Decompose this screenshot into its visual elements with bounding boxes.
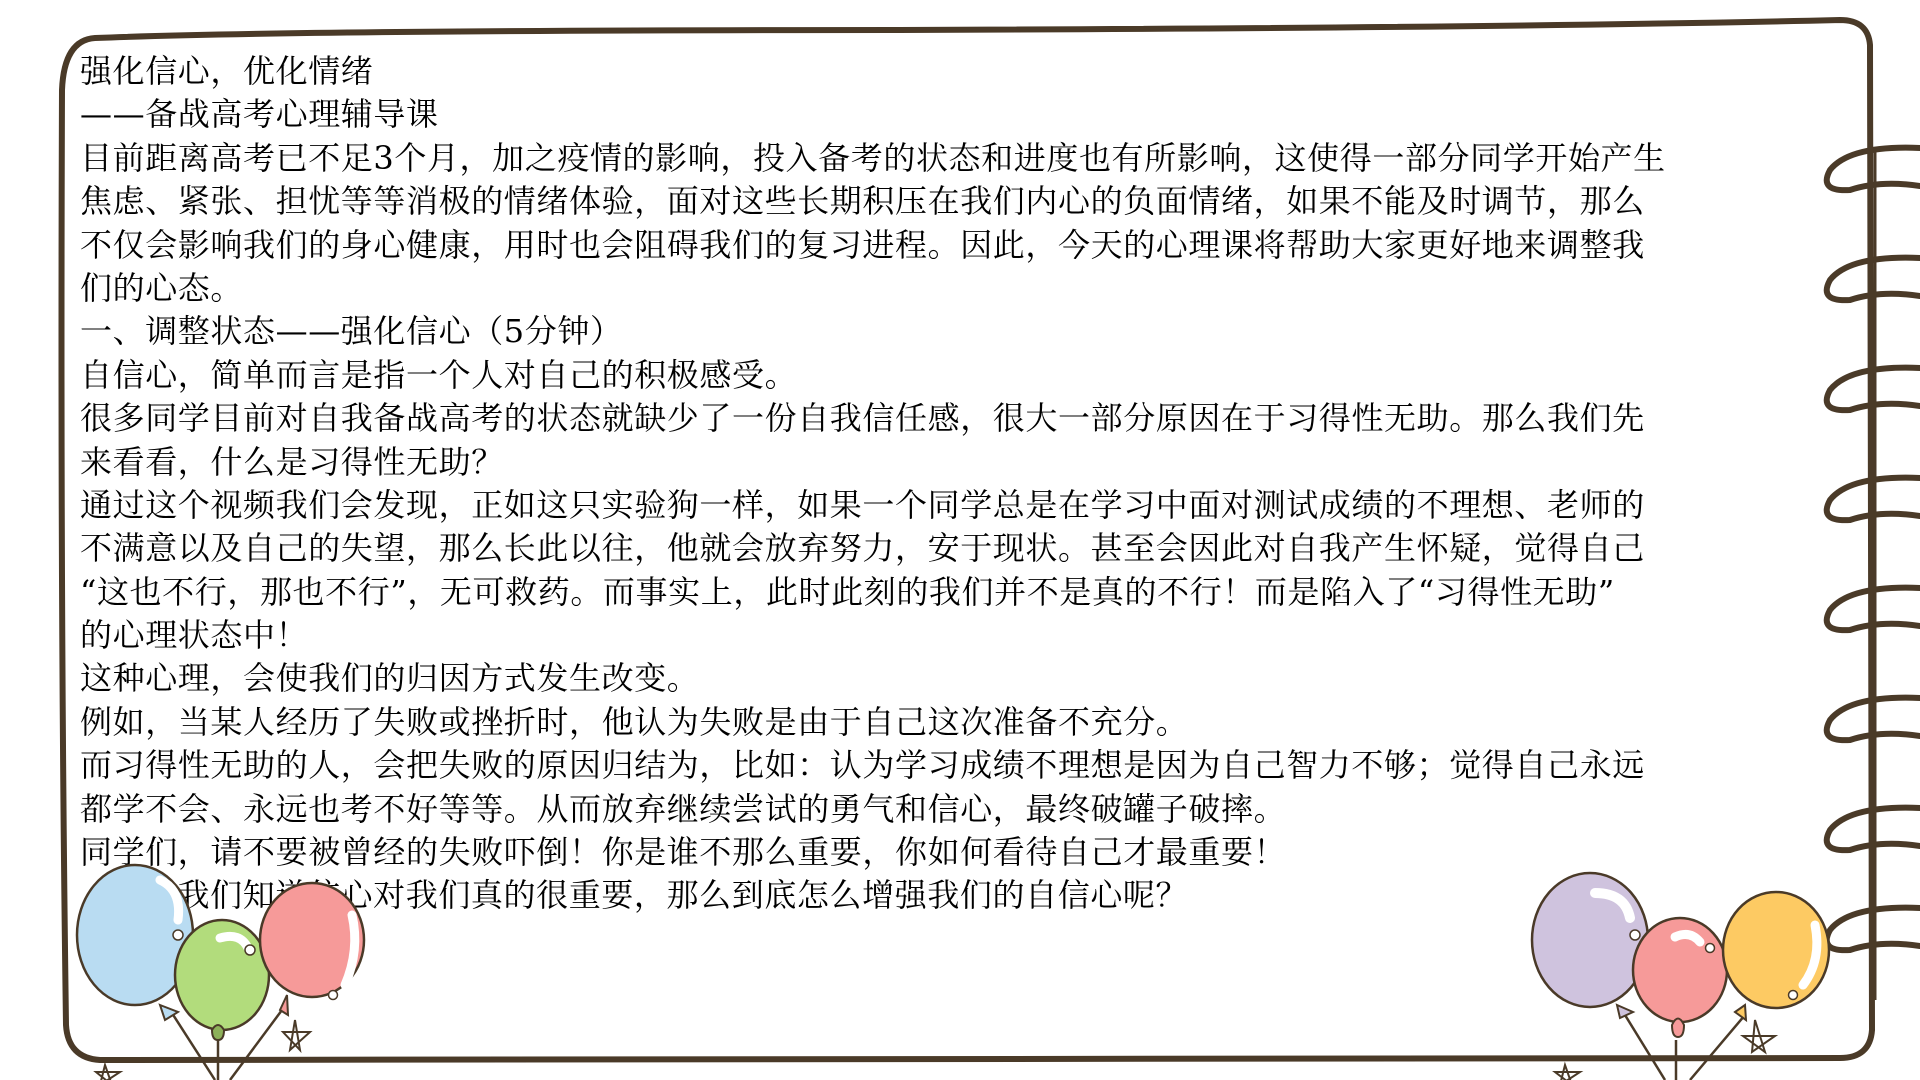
paragraph-line: 不仅会影响我们的身心健康，用时也会阻碍我们的复习进程。因此，今天的心理课将帮助大… bbox=[80, 224, 1840, 267]
paragraph-line: 不满意以及自己的失望，那么长此以往，他就会放弃努力，安于现状。甚至会因此对自我产… bbox=[80, 527, 1840, 570]
paragraph-line: 很多同学目前对自我备战高考的状态就缺少了一份自我信任感，很大一部分原因在于习得性… bbox=[80, 397, 1840, 440]
paragraph-line: 都学不会、永远也考不好等等。从而放弃继续尝试的勇气和信心，最终破罐子破摔。 bbox=[80, 788, 1840, 831]
paragraph-line: 而习得性无助的人，会把失败的原因归结为，比如：认为学习成绩不理想是因为自己智力不… bbox=[80, 744, 1840, 787]
paragraph-line: 这种心理，会使我们的归因方式发生改变。 bbox=[80, 657, 1840, 700]
paragraph-line: 目前距离高考已不足3个月，加之疫情的影响，投入备考的状态和进度也有所影响，这使得… bbox=[80, 137, 1840, 180]
document-title: 强化信心，优化情绪 bbox=[80, 50, 1840, 93]
paragraph-line: 同学们，请不要被曾经的失败吓倒！你是谁不那么重要，你如何看待自己才最重要！ bbox=[80, 831, 1840, 874]
paragraph-line: 焦虑、紧张、担忧等等消极的情绪体验，面对这些长期积压在我们内心的负面情绪，如果不… bbox=[80, 180, 1840, 223]
document-subtitle: ——备战高考心理辅导课 bbox=[80, 93, 1840, 136]
paragraph-line: 自信心，简单而言是指一个人对自己的积极感受。 bbox=[80, 354, 1840, 397]
paragraph-line: 们的心态。 bbox=[80, 267, 1840, 310]
paragraph-line: 的心理状态中！ bbox=[80, 614, 1840, 657]
paragraph-line: 例如，当某人经历了失败或挫折时，他认为失败是由于自己这次准备不充分。 bbox=[80, 701, 1840, 744]
paragraph-line: “这也不行，那也不行”，无可救药。而事实上，此时此刻的我们并不是真的不行！而是陷… bbox=[80, 571, 1840, 614]
document-body: 强化信心，优化情绪 ——备战高考心理辅导课 目前距离高考已不足3个月，加之疫情的… bbox=[80, 50, 1840, 918]
section-heading: 一、调整状态——强化信心（5分钟） bbox=[80, 310, 1840, 353]
paragraph-line: 通过这个视频我们会发现，正如这只实验狗一样，如果一个同学总是在学习中面对测试成绩… bbox=[80, 484, 1840, 527]
paragraph-line: 好，我们知道信心对我们真的很重要，那么到底怎么增强我们的自信心呢？ bbox=[80, 874, 1840, 917]
paragraph-line: 来看看，什么是习得性无助？ bbox=[80, 441, 1840, 484]
